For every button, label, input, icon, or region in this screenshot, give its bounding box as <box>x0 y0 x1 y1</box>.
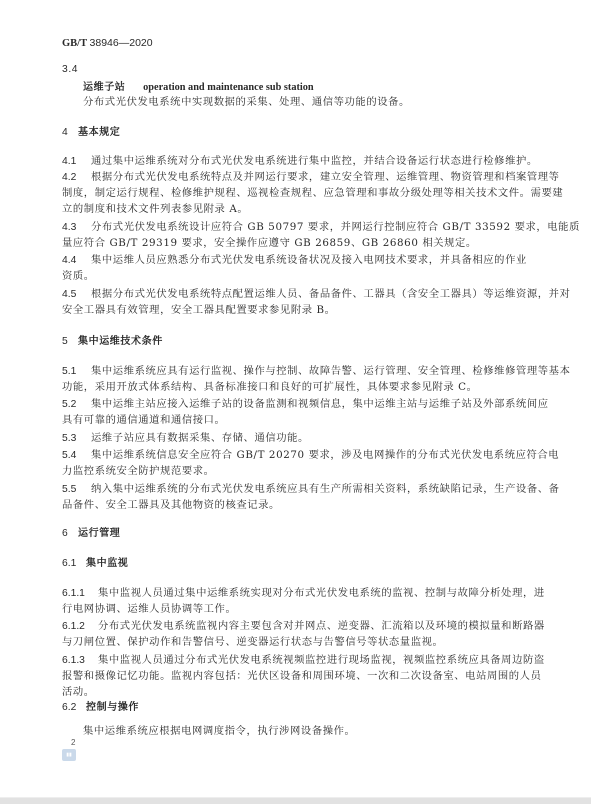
clause-number: 6.1.1 <box>62 587 98 601</box>
clause-number: 5.2 <box>62 398 91 412</box>
clause-number: 5.5 <box>62 483 91 497</box>
section-5-heading: 5集中运维技术条件 <box>62 334 163 349</box>
clause-4-4: 4.4集中运维人员应熟悉分布式光伏发电系统设备状况及接入电网技术要求，并具备相应… <box>62 253 527 268</box>
subsection-6-1-number: 6.1 <box>62 557 86 571</box>
clause-text-continued: 报警和摄像记忆功能。监视内容包括：光伏区设备和周围环境、一次和二次设备室、电站周… <box>62 669 541 683</box>
clause-number: 6.1.3 <box>62 654 98 668</box>
term-definition: 分布式光伏发电系统中实现数据的采集、处理、通信等功能的设备。 <box>83 95 410 109</box>
standard-number: 38946—2020 <box>90 36 153 50</box>
section-4-heading: 4基本规定 <box>62 125 120 140</box>
clause-6-1-2: 6.1.2分布式光伏发电系统监视内容主要包含对并网点、逆变器、汇流箱以及环境的模… <box>62 619 545 634</box>
term-entry: 运维子站 operation and maintenance sub stati… <box>83 80 314 95</box>
clause-text-continued: 行电网协调、运维人员协调等工作。 <box>62 602 236 616</box>
clause-text: 通过集中运维系统对分布式光伏发电系统进行集中监控，并结合设备运行状态进行检修维护… <box>91 155 538 167</box>
clause-6-1-1: 6.1.1集中监视人员通过集中运维系统实现对分布式光伏发电系统的监视、控制与故障… <box>62 586 545 601</box>
clause-text: 根据分布式光伏发电系统特点配置运维人员、备品备件、工器具（含安全工器具）等运维资… <box>91 288 570 300</box>
clause-number: 4.4 <box>62 254 91 268</box>
clause-4-5: 4.5根据分布式光伏发电系统特点配置运维人员、备品备件、工器具（含安全工器具）等… <box>62 287 570 302</box>
clause-text: 集中运维主站应接入运维子站的设备监测和视频信息，集中运维主站与运维子站及外部系统… <box>91 398 549 410</box>
page-number: 2 <box>71 738 75 747</box>
clause-number: 4.2 <box>62 171 91 185</box>
section-4-title: 基本规定 <box>78 127 120 138</box>
clause-text-continued: 量应符合 GB/T 29319 要求，安全操作应遵守 GB 26859、GB 2… <box>62 236 477 250</box>
clause-text: 集中运维系统应具有运行监视、操作与控制、故障告警、运行管理、安全管理、检修维修管… <box>91 365 570 377</box>
clause-number: 4.5 <box>62 288 91 302</box>
section-4-number: 4 <box>62 126 78 140</box>
clause-text: 运维子站应具有数据采集、存储、通信功能。 <box>91 432 309 444</box>
clause-5-4: 5.4集中运维系统信息安全应符合 GB/T 20270 要求，涉及电网操作的分布… <box>62 448 559 463</box>
subsection-6-2-heading: 6.2控制与操作 <box>62 700 139 715</box>
term-cn: 运维子站 <box>83 82 125 93</box>
subsection-6-1-heading: 6.1集中监视 <box>62 556 128 571</box>
clause-4-1: 4.1通过集中运维系统对分布式光伏发电系统进行集中监控，并结合设备运行状态进行检… <box>62 154 538 169</box>
clause-number: 6.1.2 <box>62 620 98 634</box>
clause-text-continued: 与刀闸位置、保护动作和告警信号、逆变器运行状态与告警信号等状态量监视。 <box>62 635 443 649</box>
section-6-heading: 6运行管理 <box>62 526 120 541</box>
clause-6-1-3: 6.1.3集中监视人员通过分布式光伏发电系统视频监控进行现场监视，视频监控系统应… <box>62 653 545 668</box>
section-5-title: 集中运维技术条件 <box>78 336 163 347</box>
clause-text-continued: 立的制度和技术文件列表参见附录 A。 <box>62 202 248 216</box>
clause-text-continued: 功能，采用开放式体系结构、具备标准接口和良好的可扩展性，具体要求参见附录 C。 <box>62 380 478 394</box>
clause-text: 集中运维系统信息安全应符合 GB/T 20270 要求，涉及电网操作的分布式光伏… <box>91 449 559 461</box>
clause-number: 4.3 <box>62 221 91 235</box>
standard-prefix: GB/T <box>62 38 87 49</box>
clause-text-continued: 力监控系统安全防护规范要求。 <box>62 464 215 478</box>
clause-text-continued: 品备件、安全工器具及其他物资的核查记录。 <box>62 498 280 512</box>
clause-5-5: 5.5纳入集中运维系统的分布式光伏发电系统应具有生产所需相关资料，系统缺陷记录，… <box>62 482 560 497</box>
clause-text: 分布式光伏发电系统监视内容主要包含对并网点、逆变器、汇流箱以及环境的模拟量和断路… <box>98 620 545 632</box>
subsection-6-2-title: 控制与操作 <box>86 702 139 713</box>
clause-number: 5.3 <box>62 432 91 446</box>
clause-number: 4.1 <box>62 155 91 169</box>
watermark-logo-icon: ▮▮ <box>62 749 76 761</box>
clause-5-3: 5.3运维子站应具有数据采集、存储、通信功能。 <box>62 431 309 446</box>
clause-text: 集中监视人员通过集中运维系统实现对分布式光伏发电系统的监视、控制与故障分析处理，… <box>98 587 545 599</box>
clause-number: 5.1 <box>62 365 91 379</box>
clause-text-continued: 活动。 <box>62 685 95 699</box>
section-6-number: 6 <box>62 527 78 541</box>
clause-text: 集中运维人员应熟悉分布式光伏发电系统设备状况及接入电网技术要求，并具备相应的作业 <box>91 254 527 266</box>
subsection-6-2-number: 6.2 <box>62 701 86 715</box>
subsection-6-1-title: 集中监视 <box>86 558 128 569</box>
standard-header: GB/T 38946—2020 <box>62 36 153 51</box>
clause-5-2: 5.2集中运维主站应接入运维子站的设备监测和视频信息，集中运维主站与运维子站及外… <box>62 397 549 412</box>
clause-text: 集中监视人员通过分布式光伏发电系统视频监控进行现场监视，视频监控系统应具备周边防… <box>98 654 545 666</box>
clause-text-continued: 资质。 <box>62 269 95 283</box>
section-5-number: 5 <box>62 335 78 349</box>
section-6-title: 运行管理 <box>78 528 120 539</box>
clause-number: 5.4 <box>62 449 91 463</box>
clause-4-2: 4.2根据分布式光伏发电系统特点及并网运行要求，建立安全管理、运维管理、物资管理… <box>62 170 560 185</box>
clause-4-3: 4.3分布式光伏发电系统设计应符合 GB 50797 要求，并网运行控制应符合 … <box>62 220 580 235</box>
subsection-6-2-paragraph: 集中运维系统应根据电网调度指令，执行涉网设备操作。 <box>83 724 355 738</box>
clause-text: 分布式光伏发电系统设计应符合 GB 50797 要求，并网运行控制应符合 GB/… <box>91 221 580 233</box>
clause-text-continued: 制度，制定运行规程、检修维护规程、巡视检查规程、应急管理和事故分级处理等相关技术… <box>62 186 563 200</box>
clause-text: 根据分布式光伏发电系统特点及并网运行要求，建立安全管理、运维管理、物资管理和档案… <box>91 171 560 183</box>
clause-5-1: 5.1集中运维系统应具有运行监视、操作与控制、故障告警、运行管理、安全管理、检修… <box>62 364 570 379</box>
clause-text-continued: 具有可靠的通信通道和通信接口。 <box>62 413 225 427</box>
term-en: operation and maintenance sub station <box>143 82 314 93</box>
clause-text-continued: 安全工器具有效管理，安全工器具配置要求参见附录 B。 <box>62 303 336 317</box>
clause-text: 纳入集中运维系统的分布式光伏发电系统应具有生产所需相关资料，系统缺陷记录，生产设… <box>91 483 560 495</box>
document-page: GB/T 38946—2020 3.4 运维子站 operation and m… <box>0 0 591 798</box>
page-bottom-edge <box>0 797 591 804</box>
clause-3-4-number: 3.4 <box>62 63 78 77</box>
